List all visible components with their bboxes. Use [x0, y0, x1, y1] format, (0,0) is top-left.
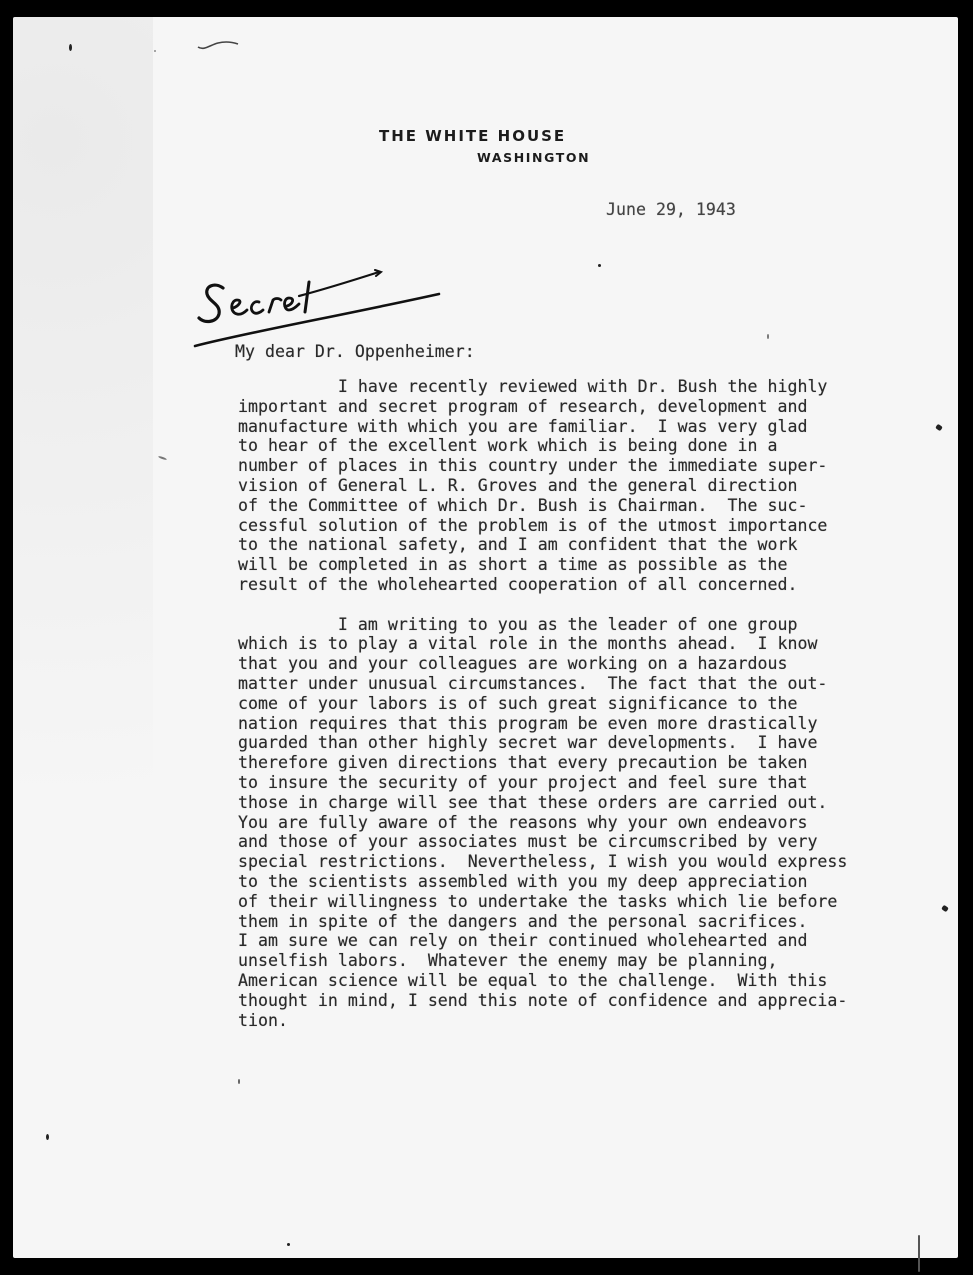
handwritten-secret-annotation: [189, 260, 449, 355]
letter-body: I have recently reviewed with Dr. Bush t…: [238, 377, 858, 1030]
line: will be completed in as short a time as …: [238, 555, 787, 574]
line: to insure the security of your project a…: [238, 773, 807, 792]
margin-mark: [935, 424, 943, 432]
line: American science will be equal to the ch…: [238, 971, 827, 990]
line: guarded than other highly secret war dev…: [238, 733, 817, 752]
letter-page: THE WHITE HOUSE WASHINGTON June 29, 1943…: [13, 17, 958, 1258]
line: matter under unusual circumstances. The …: [238, 674, 827, 693]
line: tion.: [238, 1011, 288, 1030]
line: manufacture with which you are familiar.…: [238, 417, 807, 436]
film-speck: [287, 1243, 290, 1246]
line: come of your labors is of such great sig…: [238, 694, 797, 713]
margin-mark: [941, 905, 949, 913]
paragraph-2: I am writing to you as the leader of one…: [238, 615, 858, 1031]
film-speck: [238, 1079, 240, 1084]
film-speck: [767, 334, 769, 339]
film-speck: [158, 456, 167, 461]
line: result of the wholehearted cooperation o…: [238, 575, 797, 594]
line: which is to play a vital role in the mon…: [238, 634, 817, 653]
film-speck: [598, 264, 601, 267]
line: nation requires that this program be eve…: [238, 714, 817, 733]
letterhead-city: WASHINGTON: [477, 150, 590, 165]
line: that you and your colleagues are working…: [238, 654, 787, 673]
line: those in charge will see that these orde…: [238, 793, 827, 812]
line: I am sure we can rely on their continued…: [238, 931, 807, 950]
line: of their willingness to undertake the ta…: [238, 892, 837, 911]
film-speck: [46, 1134, 49, 1140]
line: to hear of the excellent work which is b…: [238, 436, 777, 455]
line: and those of your associates must be cir…: [238, 832, 817, 851]
line: cessful solution of the problem is of th…: [238, 516, 827, 535]
line: thought in mind, I send this note of con…: [238, 991, 847, 1010]
line: to the scientists assembled with you my …: [238, 872, 807, 891]
salutation: My dear Dr. Oppenheimer:: [235, 342, 475, 361]
line: You are fully aware of the reasons why y…: [238, 813, 807, 832]
line: vision of General L. R. Groves and the g…: [238, 476, 797, 495]
line: special restrictions. Nevertheless, I wi…: [238, 852, 847, 871]
line: them in spite of the dangers and the per…: [238, 912, 807, 931]
secret-handwriting-icon: [189, 260, 449, 350]
line: I am writing to you as the leader of one…: [238, 615, 797, 634]
line: number of places in this country under t…: [238, 456, 827, 475]
paper-grain: [13, 17, 153, 1258]
letterhead-title: THE WHITE HOUSE: [379, 127, 566, 145]
line: of the Committee of which Dr. Bush is Ch…: [238, 496, 807, 515]
letter-date: June 29, 1943: [606, 200, 736, 219]
line: I have recently reviewed with Dr. Bush t…: [238, 377, 827, 396]
line: therefore given directions that every pr…: [238, 753, 807, 772]
line: to the national safety, and I am confide…: [238, 535, 797, 554]
top-squiggle-mark: [196, 39, 241, 53]
film-speck: [154, 50, 156, 52]
line: unselfish labors. Whatever the enemy may…: [238, 951, 777, 970]
line: important and secret program of research…: [238, 397, 807, 416]
film-speck: [69, 44, 72, 51]
margin-stroke: [918, 1235, 920, 1272]
paragraph-1: I have recently reviewed with Dr. Bush t…: [238, 377, 858, 595]
